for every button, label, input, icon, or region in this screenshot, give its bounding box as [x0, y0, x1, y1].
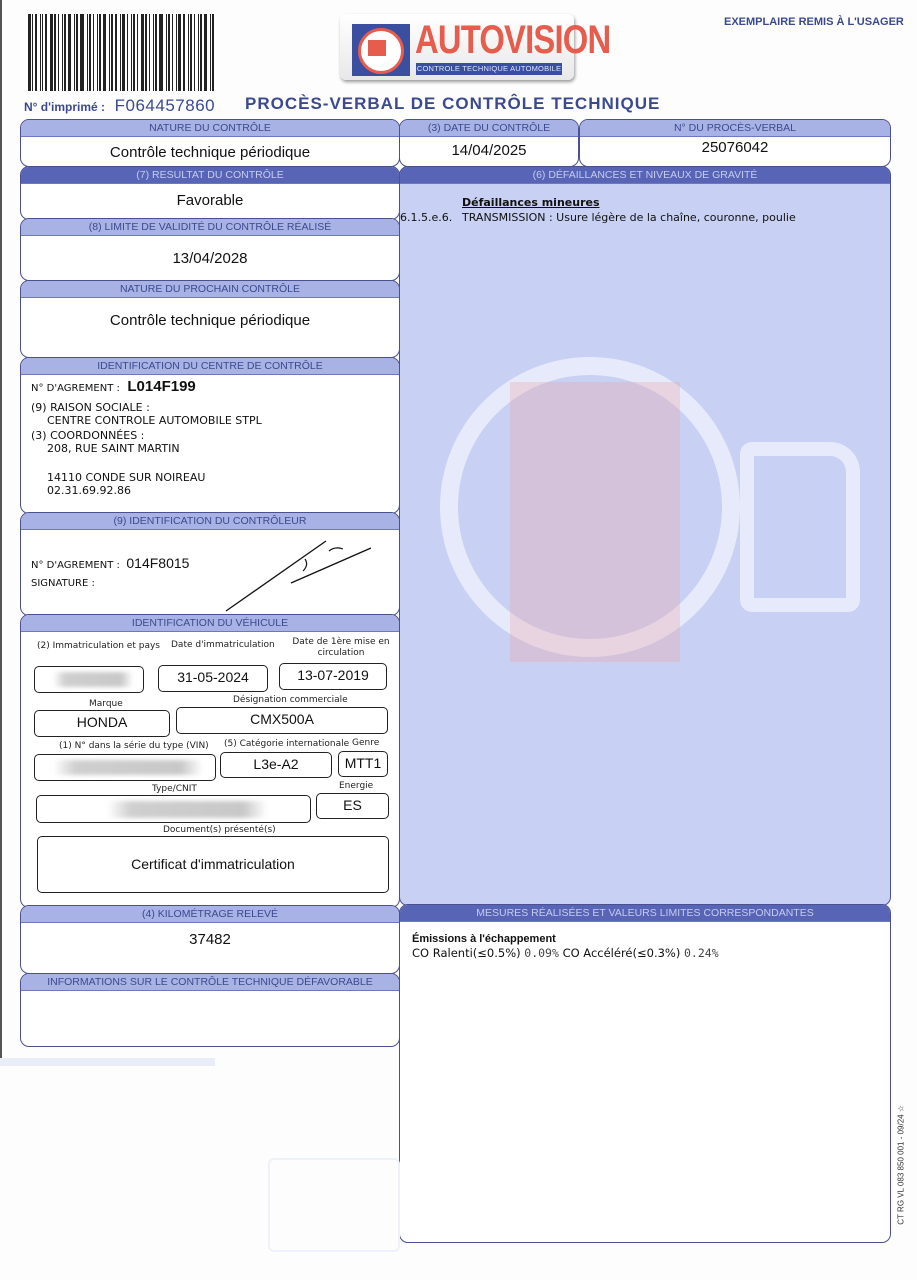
marque-label: Marque [89, 699, 123, 709]
co-ralenti-label: CO Ralenti(≤0.5%) [412, 946, 521, 960]
mesures-title: Émissions à l'échappement [412, 933, 556, 945]
vin-field [34, 754, 216, 781]
resultat-section: (7) RESULTAT DU CONTRÔLE Favorable [20, 166, 400, 220]
numero-pv-value: 25076042 [580, 137, 890, 156]
centre-agrement-value: L014F199 [127, 378, 195, 395]
vin-label: (1) N° dans la série du type (VIN) [59, 741, 209, 751]
date-immat-field: 31-05-2024 [158, 665, 268, 692]
form-reference: CT RG VL 083 850 001 - 09/24 ☆ [897, 1105, 906, 1225]
prochain-controle-value: Contrôle technique périodique [21, 298, 399, 329]
designation-label: Désignation commerciale [233, 695, 348, 705]
immatriculation-label: (2) Immatriculation et pays [37, 641, 160, 651]
co-accelere-value: 0.24% [684, 946, 719, 960]
prochain-controle-header: NATURE DU PROCHAIN CONTRÔLE [21, 281, 399, 298]
co-accelere-label: CO Accéléré(≤0.3%) [563, 946, 681, 960]
ville-value: 14110 CONDE SUR NOIREAU [31, 471, 262, 484]
co-ralenti-value: 0.09% [524, 946, 559, 960]
coordonnees-label: (3) COORDONNÉES : [31, 429, 262, 442]
infos-defavorable-header: INFORMATIONS SUR LE CONTRÔLE TECHNIQUE D… [21, 974, 399, 991]
nature-controle-section: NATURE DU CONTRÔLE Contrôle technique pé… [20, 119, 400, 167]
nature-controle-value: Contrôle technique périodique [21, 137, 399, 161]
limite-validite-section: (8) LIMITE DE VALIDITÉ DU CONTRÔLE RÉALI… [20, 218, 400, 281]
limite-validite-header: (8) LIMITE DE VALIDITÉ DU CONTRÔLE RÉALI… [21, 219, 399, 236]
defaillances-header: (6) DÉFAILLANCES ET NIVEAUX DE GRAVITÉ [400, 167, 890, 184]
vehicule-section: IDENTIFICATION DU VÉHICULE (2) Immatricu… [20, 614, 400, 908]
categorie-field: L3e-A2 [220, 752, 332, 778]
controleur-agrement-label: N° D'AGREMENT : [31, 560, 120, 571]
controleur-agrement-value: 014F8015 [126, 555, 189, 571]
designation-field: CMX500A [176, 707, 388, 734]
infos-defavorable-section: INFORMATIONS SUR LE CONTRÔLE TECHNIQUE D… [20, 973, 400, 1047]
watermark-vehicle-icon [740, 442, 860, 612]
kilometrage-header: (4) KILOMÉTRAGE RELEVÉ [21, 906, 399, 923]
nature-controle-header: NATURE DU CONTRÔLE [21, 120, 399, 137]
defaillances-category: Défaillances mineures [462, 196, 600, 209]
date-circulation-field: 13-07-2019 [279, 663, 387, 690]
immatriculation-field [34, 666, 144, 693]
car-inspection-emblem-icon [352, 24, 410, 76]
genre-label: Genre [352, 738, 379, 748]
redacted-plate [53, 672, 133, 687]
raison-sociale-label: (9) RAISON SOCIALE : [31, 401, 262, 414]
printed-number: N° d'imprimé : F064457860 [24, 96, 215, 116]
energie-label: Energie [339, 781, 373, 791]
genre-field: MTT1 [338, 751, 388, 777]
date-controle-value: 14/04/2025 [400, 137, 578, 159]
raison-sociale-value: CENTRE CONTROLE AUTOMOBILE STPL [31, 414, 262, 427]
centre-controle-section: IDENTIFICATION DU CENTRE DE CONTRÔLE N° … [20, 357, 400, 514]
prochain-controle-section: NATURE DU PROCHAIN CONTRÔLE Contrôle tec… [20, 280, 400, 358]
autovision-logo: AUTOVISION CONTROLE TECHNIQUE AUTOMOBILE [340, 14, 574, 80]
copy-note: EXEMPLAIRE REMIS À L'USAGER [724, 16, 904, 28]
mesures-section: MESURES RÉALISÉES ET VALEURS LIMITES COR… [399, 904, 891, 1243]
limite-validite-value: 13/04/2028 [21, 236, 399, 267]
date-controle-header: (3) DATE DU CONTRÔLE [400, 120, 578, 137]
barcode [28, 14, 233, 91]
mesures-line: CO Ralenti(≤0.5%) 0.09% CO Accéléré(≤0.3… [412, 946, 719, 960]
printed-number-value: F064457860 [115, 96, 215, 115]
categorie-label: (5) Catégorie internationale [224, 739, 349, 749]
adresse-value: 208, RUE SAINT MARTIN [31, 442, 262, 455]
kilometrage-value: 37482 [21, 923, 399, 948]
date-circulation-label: Date de 1ère mise en circulation [286, 637, 396, 659]
numero-pv-section: N° DU PROCÈS-VERBAL 25076042 [579, 119, 891, 167]
date-controle-section: (3) DATE DU CONTRÔLE 14/04/2025 [399, 119, 579, 167]
energie-field: ES [316, 793, 389, 819]
documents-field: Certificat d'immatriculation [37, 836, 389, 893]
defaillance-description: TRANSMISSION : Usure légère de la chaîne… [462, 211, 796, 224]
signature-mark [211, 533, 371, 613]
watermark-car-icon [510, 382, 680, 662]
redacted-type [107, 801, 267, 818]
resultat-header: (7) RESULTAT DU CONTRÔLE [21, 167, 399, 184]
resultat-value: Favorable [21, 184, 399, 209]
type-field [36, 795, 311, 823]
date-immat-label: Date d'immatriculation [171, 640, 275, 650]
type-label: Type/CNIT [152, 784, 197, 794]
signature-label: SIGNATURE : [31, 578, 95, 589]
logo-subtitle: CONTROLE TECHNIQUE AUTOMOBILE [416, 63, 562, 75]
defaillances-section: (6) DÉFAILLANCES ET NIVEAUX DE GRAVITÉ D… [399, 166, 891, 906]
documents-label: Document(s) présenté(s) [163, 825, 276, 835]
paper-stamp-area [268, 1158, 400, 1252]
controleur-header: (9) IDENTIFICATION DU CONTRÔLEUR [21, 513, 399, 530]
numero-pv-header: N° DU PROCÈS-VERBAL [580, 120, 890, 137]
paper-strip [0, 1058, 215, 1066]
telephone-value: 02.31.69.92.86 [31, 484, 262, 497]
printed-number-label: N° d'imprimé : [24, 100, 105, 114]
kilometrage-section: (4) KILOMÉTRAGE RELEVÉ 37482 [20, 905, 400, 974]
defaillance-code: 6.1.5.e.6. [400, 211, 462, 224]
document-title: PROCÈS-VERBAL DE CONTRÔLE TECHNIQUE [245, 94, 660, 114]
redacted-vin [53, 760, 203, 775]
logo-name: AUTOVISION [415, 18, 610, 63]
page-edge [0, 0, 2, 1060]
vehicule-header: IDENTIFICATION DU VÉHICULE [21, 615, 399, 632]
marque-field: HONDA [34, 710, 170, 737]
centre-agrement-label: N° D'AGREMENT : [31, 383, 120, 394]
controleur-section: (9) IDENTIFICATION DU CONTRÔLEUR N° D'AG… [20, 512, 400, 616]
mesures-header: MESURES RÉALISÉES ET VALEURS LIMITES COR… [400, 905, 890, 922]
defaillance-item: 6.1.5.e.6.TRANSMISSION : Usure légère de… [400, 211, 796, 224]
centre-controle-header: IDENTIFICATION DU CENTRE DE CONTRÔLE [21, 358, 399, 375]
